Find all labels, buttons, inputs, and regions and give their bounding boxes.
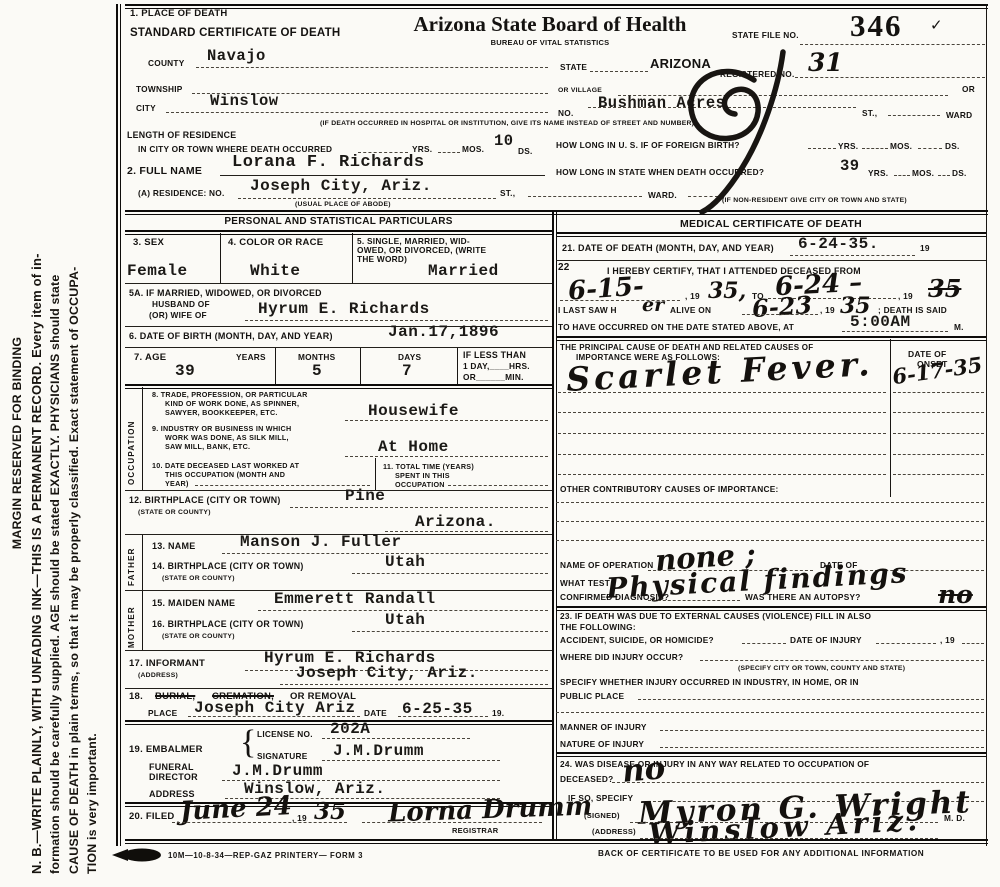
marital-label-3: THE WORD) (357, 254, 407, 264)
signature-line (322, 760, 500, 761)
q8-label-3: SAWYER, BOOKKEEPER, ETC. (165, 408, 278, 417)
age-months-value: 5 (312, 362, 322, 380)
margin-line: formation should be carefully supplied. … (46, 12, 65, 874)
us-mos-line (862, 148, 888, 149)
q21-label: 21. DATE OF DEATH (MONTH, DAY, AND YEAR) (562, 243, 774, 253)
cause-line-1 (558, 392, 886, 393)
mother-strip-rule (142, 591, 143, 651)
autopsy-label: WAS THERE AN AUTOPSY? (745, 592, 861, 602)
occupation-vertical-label: OCCUPATION (127, 395, 136, 485)
q17-address-label: (ADDRESS) (138, 672, 178, 679)
q15-label: 15. MAIDEN NAME (152, 598, 235, 608)
months-label: MONTHS (298, 352, 335, 362)
us-ds-label: DS. (945, 141, 960, 151)
res-mos-label: MOS. (462, 144, 484, 154)
what-test-label: WHAT TEST (560, 578, 610, 588)
onset-column-rule (890, 339, 891, 497)
onset-line-4 (893, 454, 984, 455)
onset-line-1 (893, 392, 984, 393)
license-no-label: LICENSE NO. (257, 729, 313, 739)
to-19-label: , 19 (898, 291, 913, 301)
q11-label-1: 11. TOTAL TIME (YEARS) (383, 462, 474, 471)
q21-bottom-rule (556, 260, 986, 261)
race-label: 4. COLOR OR RACE (228, 237, 323, 248)
st-label: ST., (862, 108, 877, 118)
q18-place-value: Joseph City Ariz (194, 699, 356, 717)
age-bottom-rule (125, 384, 552, 389)
last-saw-label: I LAST SAW H (558, 305, 617, 315)
q9-label-3: SAW MILL, BANK, ETC. (165, 442, 250, 451)
q5a-label-2: HUSBAND OF (152, 299, 210, 309)
residence-line (238, 198, 496, 199)
less-than-label-2: 1 DAY,____HRS. (463, 361, 530, 371)
q17-address-value: Joseph City, Ariz. (296, 664, 478, 682)
if-so-label: IF SO, SPECIFY (568, 793, 633, 803)
autopsy-handwriting: no (938, 580, 973, 609)
q14-line (352, 573, 548, 574)
state-line (590, 71, 648, 72)
q16-sub-label: (STATE OR COUNTY) (162, 633, 235, 640)
residence-st-line (528, 196, 642, 197)
personal-particulars-title: PERSONAL AND STATISTICAL PARTICULARS (125, 216, 552, 227)
back-of-certificate-note: BACK OF CERTIFICATE TO BE USED FOR ANY A… (598, 849, 924, 858)
q8-label-1: 8. TRADE, PROFESSION, OR PARTICULAR (152, 390, 308, 399)
race-cell-divider (352, 233, 353, 283)
city-value: Winslow (210, 92, 279, 110)
hls-mos-line (894, 175, 910, 176)
q24-label-1: 24. WAS DISEASE OR INJURY IN ANY WAY REL… (560, 759, 869, 769)
q24-line (612, 782, 984, 783)
hls-ds-line (938, 175, 950, 176)
q23-label-2: THE FOLLOWING: (560, 622, 636, 632)
race-value: White (250, 262, 301, 280)
q23-label-1: 23. IF DEATH WAS DUE TO EXTERNAL CAUSES … (560, 611, 871, 621)
q24-handwriting: no (621, 750, 667, 790)
signed-label: (SIGNED) (584, 811, 620, 820)
q9-label-1: 9. INDUSTRY OR BUSINESS IN WHICH (152, 424, 291, 433)
q8-line (345, 420, 548, 421)
city-label: CITY (136, 103, 156, 113)
license-line (322, 738, 470, 739)
q17-label: 17. INFORMANT (129, 658, 205, 669)
physician-address-label: (ADDRESS) (592, 827, 636, 836)
residence-value: Joseph City, Ariz. (250, 177, 432, 195)
physician-address-line (640, 838, 938, 839)
operation-label: NAME OF OPERATION (560, 560, 654, 570)
from-year-handwriting: 35, (708, 278, 746, 304)
q5a-label-1: 5A. IF MARRIED, WIDOWED, OR DIVORCED (129, 288, 322, 298)
q24-label-2: DECEASED? (560, 774, 613, 784)
county-value: Navajo (207, 47, 266, 65)
death-certificate-document: MARGIN RESERVED FOR BINDING N. B.—WRITE … (0, 0, 1000, 887)
m-label: M. (954, 322, 964, 332)
alive-on-label: ALIVE ON (670, 305, 711, 315)
state-file-number: 346 (850, 8, 903, 44)
from-19-label: , 19 (685, 291, 700, 301)
nature-label: NATURE OF INJURY (560, 739, 644, 749)
dob-label: 6. DATE OF BIRTH (MONTH, DAY, AND YEAR) (129, 331, 333, 341)
less-than-label-1: IF LESS THAN (463, 350, 526, 360)
margin-line: MARGIN RESERVED FOR BINDING (8, 12, 27, 874)
county-label: COUNTY (148, 58, 185, 68)
res-mos-line (438, 152, 460, 153)
time-of-death-value: 5:00AM (850, 313, 911, 331)
accident-label: ACCIDENT, SUICIDE, OR HOMICIDE? (560, 635, 714, 645)
husband-line (245, 320, 548, 321)
embalmer-brace: { (240, 724, 256, 762)
her-handwriting: er (642, 294, 664, 316)
q9-label-2: WORK WAS DONE, AS SILK MILL, (165, 433, 289, 442)
onset-date-handwriting: 6-17-35 (891, 352, 984, 389)
q8-value: Housewife (368, 402, 459, 420)
filed-line (172, 822, 347, 823)
frame-right-rule (986, 4, 987, 846)
specify-label-1: SPECIFY WHETHER INJURY OCCURRED IN INDUS… (560, 677, 859, 687)
residence-st-label: ST., (500, 188, 515, 198)
q12-line (290, 507, 548, 508)
signature-value: J.M.Drumm (333, 742, 424, 760)
injury-19-line (962, 643, 984, 644)
dob-bottom-rule (125, 347, 552, 348)
residence-label: (A) RESIDENCE: NO. (138, 188, 225, 198)
age-cell-divider-2 (360, 348, 361, 385)
q10-q11-divider (375, 458, 376, 490)
date-injury-line (876, 643, 936, 644)
contributory-label: OTHER CONTRIBUTORY CAUSES OF IMPORTANCE: (560, 484, 779, 494)
license-no-value: 202A (330, 720, 370, 738)
q8-label-2: KIND OF WORK DONE, AS SPINNER, (165, 399, 299, 408)
q12-label: 12. BIRTHPLACE (CITY OR TOWN) (129, 495, 281, 505)
q20-filed-label: 20. FILED (129, 811, 175, 822)
full-name-label: 2. FULL NAME (127, 165, 202, 177)
q18-place-label: PLACE (148, 708, 177, 718)
res-ds-label: DS. (518, 146, 533, 156)
signature-label: SIGNATURE (257, 751, 308, 761)
occupation-strip-rule (142, 387, 143, 490)
q11-line (448, 485, 548, 486)
q22-number: 22 (558, 262, 570, 273)
specify-label-2: PUBLIC PLACE (560, 691, 624, 701)
contributory-line-1 (556, 502, 984, 503)
seen-19-label: , 19 (820, 305, 835, 315)
res-days-value: 10 (494, 132, 514, 150)
q10-label-2: THIS OCCUPATION (MONTH AND (165, 470, 285, 479)
personal-title-rule (125, 230, 552, 235)
q11-label-3: OCCUPATION (395, 480, 445, 489)
full-name-line (220, 175, 545, 176)
dob-value: Jan.17,1896 (388, 323, 499, 341)
q18-date-label: DATE (364, 708, 387, 718)
q9-line (345, 456, 548, 457)
q12-state-line (385, 531, 548, 532)
state-file-no-label: STATE FILE NO. (732, 30, 799, 40)
item1-place-of-death-label: 1. PLACE OF DEATH (130, 8, 228, 19)
age-label: 7. AGE (134, 352, 166, 363)
age-cell-divider-1 (275, 348, 276, 385)
q12-sub-label: (STATE OR COUNTY) (138, 509, 211, 516)
q13-value: Manson J. Fuller (240, 533, 402, 551)
q13-label: 13. NAME (152, 541, 196, 551)
less-than-label-3: OR______MIN. (463, 372, 524, 382)
q14-value: Utah (385, 553, 425, 571)
q10-line (195, 485, 370, 486)
mother-vertical-label: MOTHER (127, 596, 136, 648)
cause-line-5 (558, 474, 886, 475)
state-label: STATE (560, 62, 587, 72)
days-label: DAYS (398, 352, 421, 362)
township-label: TOWNSHIP (136, 84, 183, 94)
sex-value: Female (127, 262, 188, 280)
to-year-handwriting: 35 (928, 274, 961, 303)
state-years-value: 39 (840, 157, 860, 175)
q17-bottom-rule (125, 688, 552, 689)
q14-label: 14. BIRTHPLACE (CITY OR TOWN) (152, 561, 304, 571)
q16-label: 16. BIRTHPLACE (CITY OR TOWN) (152, 619, 304, 629)
or-village-label: OR VILLAGE (558, 87, 602, 94)
q5a-label-3: (OR) WIFE OF (149, 310, 207, 320)
last-seen-date-handwriting: 6-23 (751, 290, 813, 323)
q19-embalmer-label: 19. EMBALMER (129, 744, 203, 755)
onset-line-3 (893, 433, 984, 434)
q9-value: At Home (378, 438, 449, 456)
q18-place-line (188, 716, 360, 717)
nature-line (660, 747, 984, 748)
medical-title-rule (556, 232, 986, 237)
us-mos-label: MOS. (890, 141, 912, 151)
q12-state-value: Arizona. (415, 513, 496, 531)
bureau-subtitle: BUREAU OF VITAL STATISTICS (400, 38, 700, 47)
accident-line (742, 643, 786, 644)
or-label: OR (962, 84, 975, 94)
hls-ds-label: DS. (952, 168, 967, 178)
filed-year-handwriting: 35 (314, 798, 346, 825)
q18-nineteen-label: 19. (492, 708, 504, 718)
street-no-label: NO. (558, 108, 574, 118)
occurred-at-label: TO HAVE OCCURRED ON THE DATE STATED ABOV… (558, 322, 794, 332)
margin-line: CAUSE OF DEATH in plain terms, so that i… (65, 12, 84, 874)
check-mark: ✓ (930, 16, 943, 34)
cause-line-4 (558, 454, 886, 455)
public-place-line (638, 699, 984, 700)
q16-value: Utah (385, 611, 425, 629)
q10-label-1: 10. DATE DECEASED LAST WORKED AT (152, 461, 299, 470)
manner-line (660, 730, 984, 731)
q21-line (790, 255, 915, 256)
cause-line-3 (558, 433, 886, 434)
q18-burial-label: BURIAL, (155, 691, 195, 702)
state-file-line (800, 44, 985, 45)
q11-label-2: SPENT IN THIS (395, 471, 450, 480)
husband-value: Hyrum E. Richards (258, 300, 430, 318)
column-divider-rule (552, 212, 557, 840)
where-injury-line (700, 660, 984, 661)
contributory-line-3 (556, 540, 984, 541)
city-line (166, 112, 548, 113)
marital-value: Married (428, 262, 499, 280)
onset-line-5 (893, 474, 984, 475)
onset-line-2 (893, 412, 984, 413)
q15-value: Emmerett Randall (274, 590, 436, 608)
age-days-value: 7 (402, 362, 412, 380)
board-of-health-title: Arizona State Board of Health (360, 12, 740, 37)
q18-number: 18. (129, 691, 143, 702)
father-vertical-label: FATHER (127, 540, 136, 586)
where-injury-label: WHERE DID INJURY OCCUR? (560, 652, 683, 662)
injury-19-label: , 19 (940, 635, 955, 645)
q14-sub-label: (STATE OR COUNTY) (162, 575, 235, 582)
contributory-line-2 (556, 521, 984, 522)
us-ds-line (918, 148, 942, 149)
q12-value: Pine (345, 487, 385, 505)
q21-nineteen: 19 (920, 243, 930, 253)
us-yrs-label: YRS. (838, 141, 858, 151)
binding-margin-text: MARGIN RESERVED FOR BINDING N. B.—WRITE … (8, 12, 102, 874)
printer-imprint: 10M—10-8-34—REP-GAZ PRINTERY— FORM 3 (168, 851, 363, 860)
q21-value: 6-24-35. (798, 235, 879, 253)
father-strip-rule (142, 535, 143, 590)
time-line (842, 331, 948, 332)
registrar-signature-line (362, 822, 542, 823)
specify-city-note: (SPECIFY CITY OR TOWN, COUNTY AND STATE) (738, 665, 905, 672)
cells-bottom-rule (125, 283, 552, 284)
hls-yrs-label: YRS. (868, 168, 888, 178)
hospital-note: (IF DEATH OCCURRED IN HOSPITAL OR INSTIT… (320, 120, 694, 127)
handwritten-flourish (650, 50, 825, 218)
full-name-value: Lorana F. Richards (232, 153, 425, 172)
standard-certificate-label: STANDARD CERTIFICATE OF DEATH (130, 27, 340, 39)
date-injury-label: DATE OF INJURY (790, 635, 862, 645)
occupation-bottom-rule (125, 490, 552, 491)
registrar-label: REGISTRAR (452, 826, 498, 835)
county-line (196, 67, 548, 68)
hls-mos-label: MOS. (912, 168, 934, 178)
md-label: M. D. (944, 813, 965, 823)
q17-address-line (280, 684, 548, 685)
medical-certificate-title: MEDICAL CERTIFICATE OF DEATH (556, 218, 986, 230)
public-place-line-2 (556, 712, 984, 713)
age-cell-divider-3 (457, 348, 458, 385)
ward-label: WARD (946, 110, 972, 120)
q18-date-line (398, 716, 488, 717)
attended-from-date-handwriting: 6-15- (567, 271, 645, 306)
funeral-label: FUNERAL (149, 762, 194, 772)
seen-date-line (742, 314, 818, 315)
margin-line: N. B.—WRITE PLAINLY, WITH UNFADING INK—T… (27, 12, 47, 874)
frame-left-rule (116, 4, 121, 846)
q16-line (352, 631, 548, 632)
margin-line: TION is very important. (83, 12, 102, 874)
st-line (888, 115, 940, 116)
cause-line-2 (558, 412, 886, 413)
confirmed-line (648, 600, 740, 601)
abode-note: (USUAL PLACE OF ABODE) (295, 201, 391, 208)
age-years-value: 39 (175, 362, 195, 380)
q22-bottom-rule (556, 336, 986, 341)
manner-label: MANNER OF INJURY (560, 722, 647, 732)
printer-logo-icon (112, 848, 162, 862)
q10-label-3: YEAR) (165, 479, 189, 488)
years-label: YEARS (236, 352, 266, 362)
director-label: DIRECTOR (149, 772, 198, 782)
sex-label: 3. SEX (133, 237, 164, 248)
length-residence-label: LENGTH OF RESIDENCE (127, 130, 236, 140)
funeral-director-value: J.M.Drumm (232, 762, 323, 780)
sex-cell-divider (220, 233, 221, 283)
